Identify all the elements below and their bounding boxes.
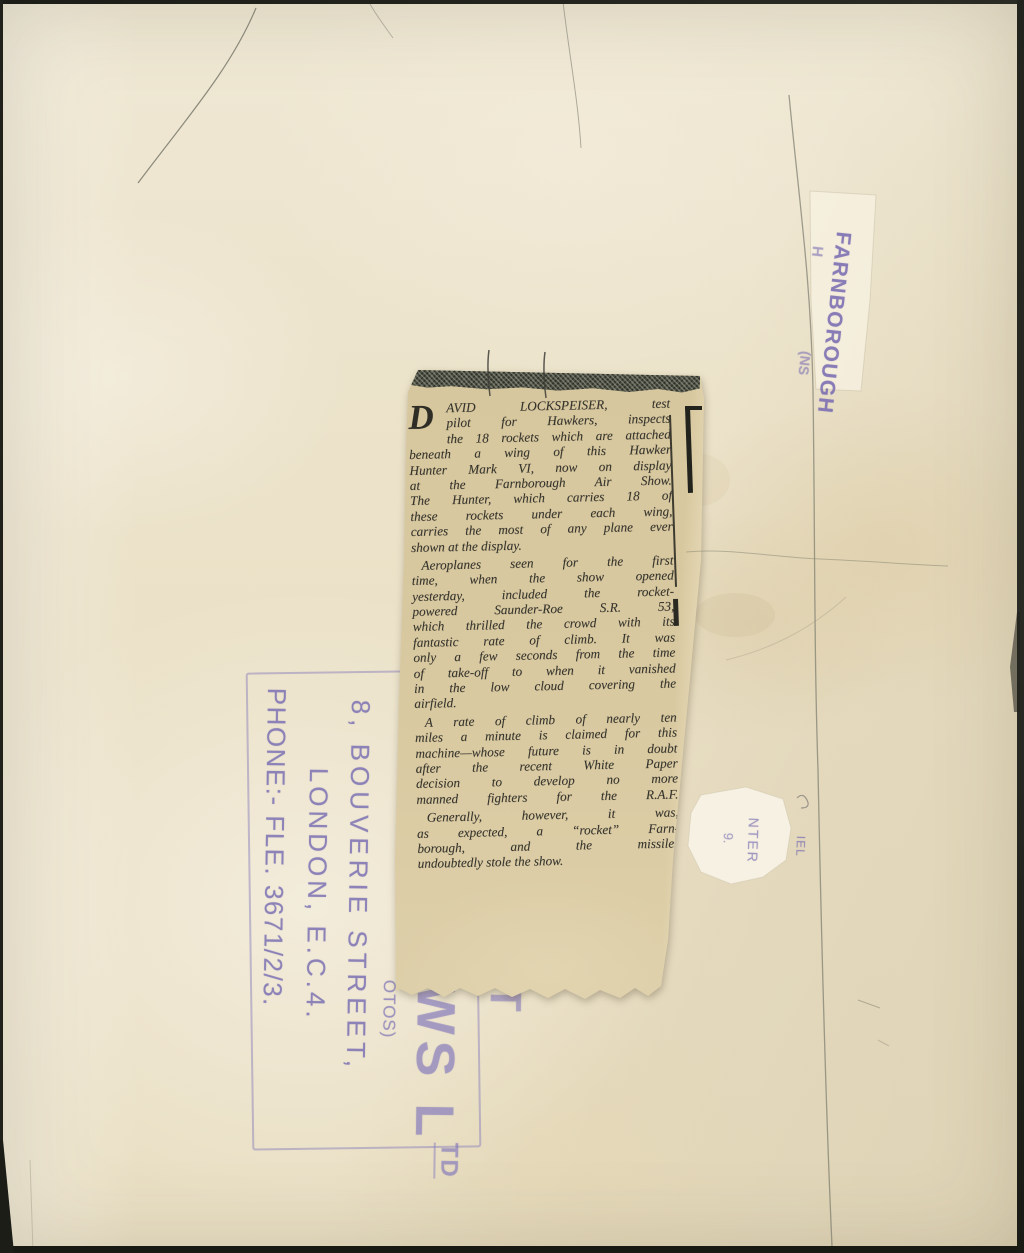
scan-edge-right [1017,0,1024,1253]
hair-top-center [563,2,581,148]
clipping-line: these rockets under each wing, [410,503,672,524]
scan-edge-right-sliver [1010,612,1020,712]
hairline-horizontal [686,551,948,566]
crease-bottom-left [30,1160,33,1252]
hair-top-left [138,8,256,183]
scan-vignette [0,0,1024,1253]
farnborough-stamp: FARNBOROUGH [812,230,855,415]
scan-edge-top [0,0,1024,4]
photo-verso-scan: PHONE:- FLE. 3671/2/3. LONDON, E.C.4. 8,… [0,0,1024,1253]
dash-bottom-right-1 [858,1000,880,1008]
clipping-line: beneath a wing of this Hawker [409,442,671,463]
under-decor-layer [0,0,1024,1253]
clipping-line: at the Farnborough Air Show. [410,472,672,493]
clipping-line: which thrilled the crowd with its [413,614,675,635]
clipping-line: yesterday, included the rocket- [412,583,674,604]
clipping-line: AVID LOCKSPEISER, test [408,396,670,417]
scan-edge-left [0,0,3,1253]
clipping-shadow-wrap: DAVID LOCKSPEISER, testpilot for Hawkers… [0,0,1024,1253]
scan-edge-bottom [0,1246,1024,1253]
column-rule-lower [673,599,679,626]
scratch-layer [0,0,1024,1253]
agency-stamp-photos-fragment: OTOS) [378,980,399,1039]
scan-edge-corner-wedge [0,1140,14,1253]
clipping-line: pilot for Hawkers, inspects [408,411,670,432]
stain-blob [695,593,775,637]
column-rule-tick [685,406,702,410]
scrap-stamp-fragment: 9. [721,832,736,843]
clipping-drop-cap: D [408,402,443,432]
dash-bottom-right-2 [878,1040,889,1046]
clipping-line: powered Saunder-Roe S.R. 53, [412,599,674,620]
agency-stamp-street-line: 8, BOUVERIE STREET, [340,700,376,1073]
clipping-line: The Hunter, which carries 18 of [410,488,672,509]
crease-curve [726,597,846,660]
hair-on-clipping-2 [544,352,546,398]
agency-stamp-ltd: TD [433,1143,462,1179]
scrap-stamp-fragment: IEL [793,836,808,857]
farnborough-stamp-faint-fragment: (NS [796,350,814,376]
farnborough-stamp-faint-fragment: H [808,245,826,258]
clipping-line: fantastic rate of climb. It was [413,629,675,650]
clipping-line: Hunter Mark VI, now on display [409,457,671,478]
column-rule-thick [685,407,693,493]
agency-stamp-name-fragment: WS LTD [402,983,467,1179]
pen-squiggle [797,795,808,808]
long-scratch-right [789,95,832,1246]
clipping-paragraph: DAVID LOCKSPEISER, testpilot for Hawkers… [408,396,673,555]
column-rule-thin [669,415,677,587]
hair-on-clipping-1 [488,350,490,396]
scrap-stamp-fragment: NTER [744,817,762,864]
clipping-line: shown at the display. [411,534,673,555]
stain-blob [670,454,730,506]
clipping-line: carries the most of any plane ever [411,519,673,540]
halftone-photo-edge [404,363,700,394]
clipping-line: Aeroplanes seen for the first [411,552,673,573]
torn-paper-scrap [688,787,791,884]
agency-stamp-city-line: LONDON, E.C.4. [299,768,334,1022]
agency-stamp-phone-line: PHONE:- FLE. 3671/2/3. [257,688,292,1008]
clipping-line: the 18 rockets which are attached [409,426,671,447]
hair-top-small [370,4,393,38]
clipping-line: time, when the show opened [412,568,674,589]
agency-stamp-corner-fragment: T [480,984,530,1012]
clipping-line: only a few seconds from the time [413,645,675,666]
agency-stamp-name-text: WS L [404,983,466,1143]
